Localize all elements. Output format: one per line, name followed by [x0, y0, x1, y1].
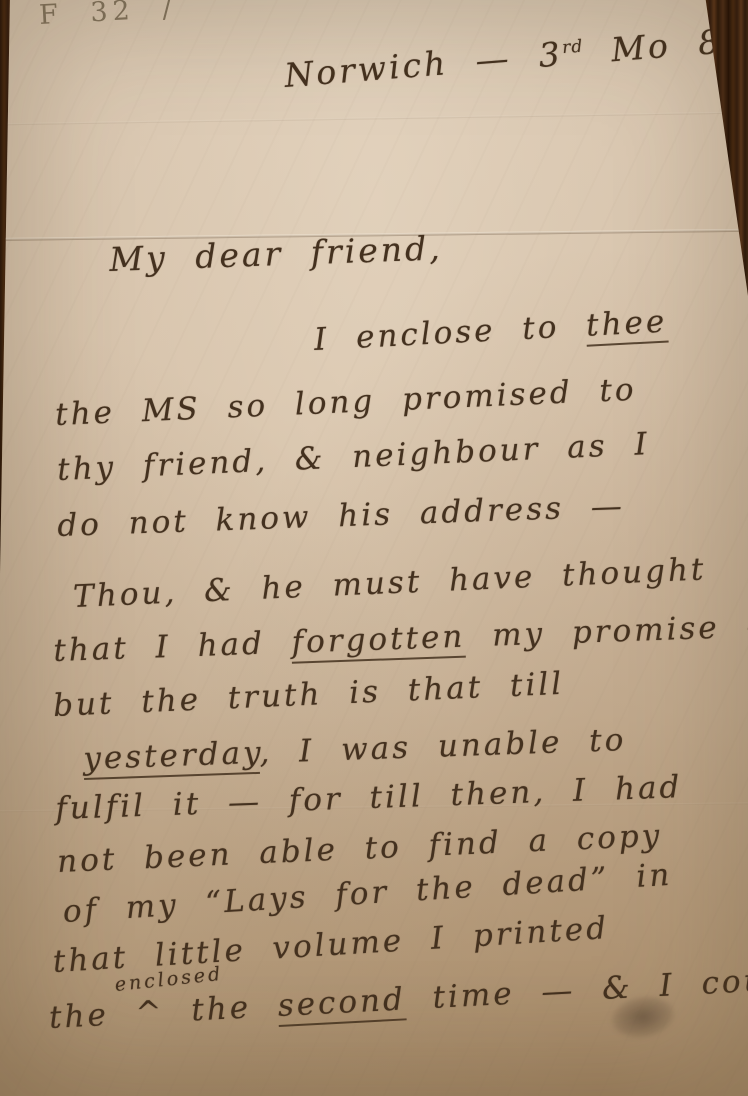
paper-vignette [0, 0, 748, 1096]
letter-paper: F 32 /Norwich — 3rd Mo 8th — 1844My dear… [0, 0, 748, 1096]
